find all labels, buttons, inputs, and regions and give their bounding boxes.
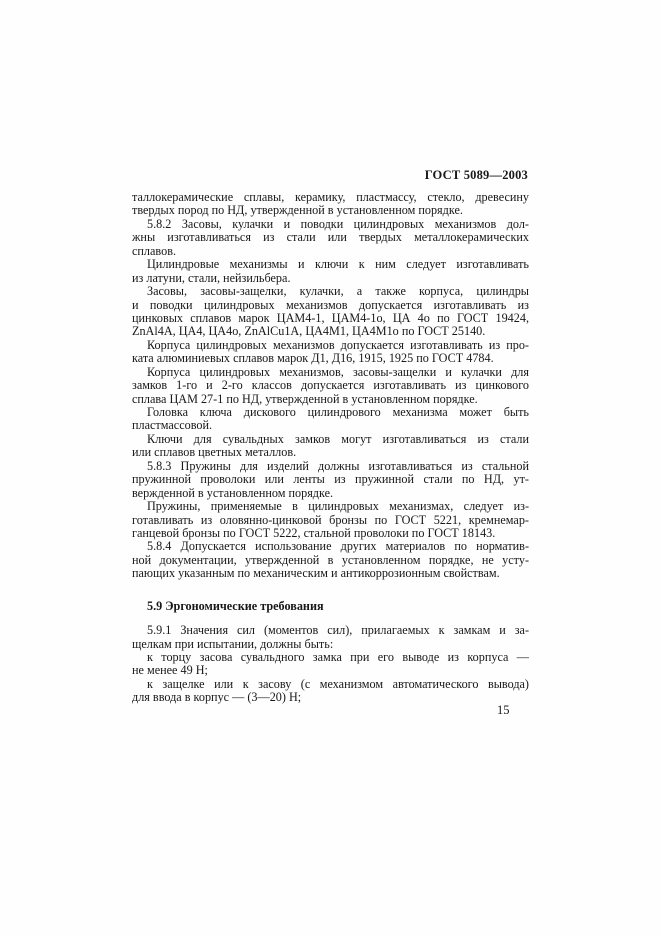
paragraph: Пружины, применяемые в цилиндровых механ… <box>132 500 529 540</box>
paragraph: таллокерамические сплавы, керамику, плас… <box>132 191 529 218</box>
text-line: сплава ЦАМ 27-1 по НД, утвержденной в ус… <box>132 393 529 406</box>
text-line: ганцевой бронзы по ГОСТ 5222, стальной п… <box>132 527 529 540</box>
text-line: 5.8.3 Пружины для изделий должны изготав… <box>132 460 529 473</box>
text-line: Цилиндровые механизмы и ключи к ним след… <box>132 258 529 271</box>
text-line: 5.8.2 Засовы, кулачки и поводки цилиндро… <box>132 218 529 231</box>
text-line: пружинной проволоки или ленты из пружинн… <box>132 473 529 486</box>
paragraph: Ключи для сувальдных замков могут изгота… <box>132 433 529 460</box>
paragraph: к торцу засова сувальдного замка при его… <box>132 651 529 678</box>
text-line: готавливать из оловянно-цинковой бронзы … <box>132 514 529 527</box>
text-line: пластмассовой. <box>132 419 529 432</box>
text-line: Засовы, засовы-защелки, кулачки, а также… <box>132 285 529 298</box>
text-line: или сплавов цветных металлов. <box>132 446 529 459</box>
doc-code: ГОСТ 5089—2003 <box>132 168 528 183</box>
text-line: 5.9.1 Значения сил (моментов сил), прила… <box>132 624 529 637</box>
text-line: Ключи для сувальдных замков могут изгота… <box>132 433 529 446</box>
text-line: из латуни, стали, нейзильбера. <box>132 272 529 285</box>
text-line: таллокерамические сплавы, керамику, плас… <box>132 191 529 204</box>
paragraph: 5.8.2 Засовы, кулачки и поводки цилиндро… <box>132 218 529 258</box>
text-line: ката алюминиевых сплавов марок Д1, Д16, … <box>132 352 529 365</box>
paragraph: Засовы, засовы-защелки, кулачки, а также… <box>132 285 529 339</box>
text-line: к торцу засова сувальдного замка при его… <box>132 651 529 664</box>
text-line: не менее 49 Н; <box>132 664 529 677</box>
text-line: 5.8.4 Допускается использование других м… <box>132 540 529 553</box>
section-heading: 5.9 Эргономические требования <box>132 600 529 613</box>
page-number: 15 <box>497 703 510 718</box>
text-line: 5.9 Эргономические требования <box>132 600 529 613</box>
text-line: сплавов. <box>132 245 529 258</box>
text-line: ZnAl4A, ЦА4, ЦА4о, ZnAlCu1A, ЦА4М1, ЦА4М… <box>132 325 529 338</box>
text-line: Корпуса цилиндровых механизмов, засовы-з… <box>132 366 529 379</box>
document-page: ГОСТ 5089—2003 таллокерамические сплавы,… <box>0 0 661 935</box>
paragraph: Корпуса цилиндровых механизмов, засовы-з… <box>132 366 529 406</box>
text-line: и поводки цилиндровых механизмов допуска… <box>132 299 529 312</box>
text-line: к защелке или к засову (с механизмом авт… <box>132 678 529 691</box>
paragraph: 5.8.4 Допускается использование других м… <box>132 540 529 580</box>
text-line: для ввода в корпус — (3—20) Н; <box>132 691 529 704</box>
text-line: замков 1-го и 2-го классов допускается и… <box>132 379 529 392</box>
text-line: пающих указанным по механическим и антик… <box>132 567 529 580</box>
text-line: вержденной в установленном порядке. <box>132 487 529 500</box>
paragraph: Корпуса цилиндровых механизмов допускает… <box>132 339 529 366</box>
text-line: ной документации, утвержденной в установ… <box>132 554 529 567</box>
paragraph: Цилиндровые механизмы и ключи к ним след… <box>132 258 529 285</box>
paragraph: 5.9.1 Значения сил (моментов сил), прила… <box>132 624 529 651</box>
text-line: цинковых сплавов марок ЦАМ4-1, ЦАМ4-1о, … <box>132 312 529 325</box>
paragraph: Головка ключа дискового цилиндрового мех… <box>132 406 529 433</box>
text-line: Пружины, применяемые в цилиндровых механ… <box>132 500 529 513</box>
text-line: твердых пород по НД, утвержденной в уста… <box>132 204 529 217</box>
text-line: Корпуса цилиндровых механизмов допускает… <box>132 339 529 352</box>
paragraph: к защелке или к засову (с механизмом авт… <box>132 678 529 705</box>
text-line: щелкам при испытании, должны быть: <box>132 638 529 651</box>
text-line: Головка ключа дискового цилиндрового мех… <box>132 406 529 419</box>
text-block: таллокерамические сплавы, керамику, плас… <box>132 191 529 705</box>
paragraph: 5.8.3 Пружины для изделий должны изготав… <box>132 460 529 500</box>
text-line: жны изготавливаться из стали или твердых… <box>132 231 529 244</box>
